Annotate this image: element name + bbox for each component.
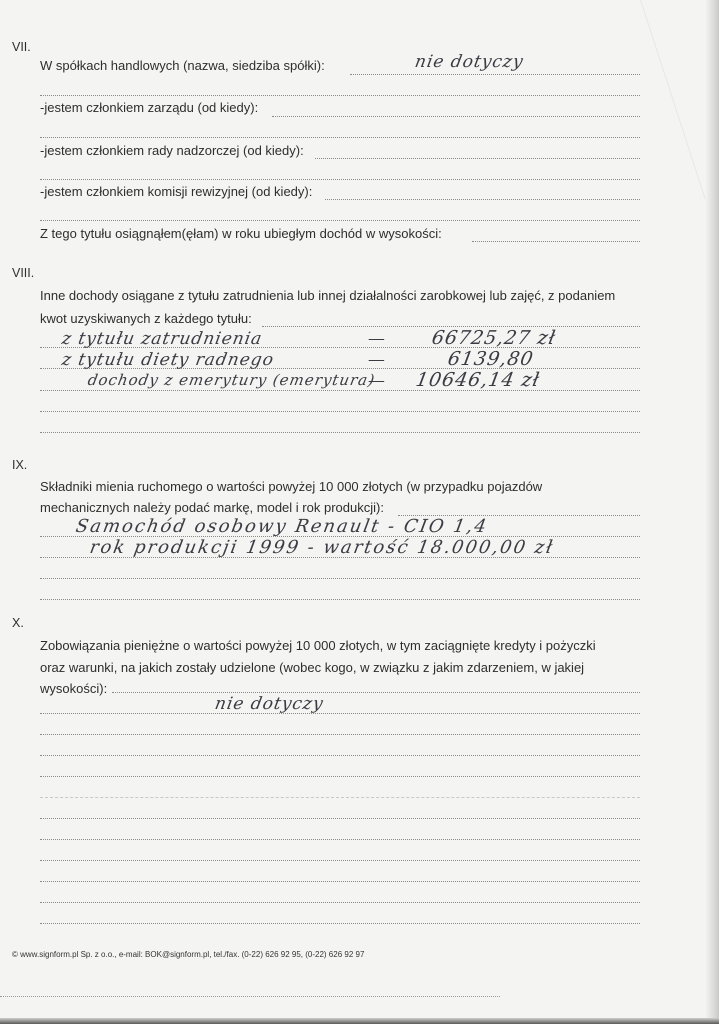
board-member-field-line2[interactable] — [40, 137, 640, 138]
companies-value: nie dotyczy — [413, 52, 525, 72]
liabilities-value: nie dotyczy — [213, 694, 325, 714]
section-vii-number: VII. — [12, 40, 31, 54]
movable-property-entry-2: rok produkcji 1999 - wartość 18.000,00 z… — [88, 537, 556, 558]
other-income-amount-1: 66725,27 zł — [430, 327, 558, 349]
other-income-dash-2: — — [366, 350, 388, 370]
other-income-dash-1: — — [366, 329, 388, 349]
footer-copyright: © www.signform.pl Sp. z o.o., e-mail: BO… — [12, 950, 364, 959]
movable-property-label-line1: Składniki mienia ruchomego o wartości po… — [40, 479, 542, 495]
movable-property-line-3[interactable] — [40, 578, 640, 579]
income-field[interactable] — [472, 241, 640, 242]
other-income-amount-3: 10646,14 zł — [414, 369, 542, 391]
liabilities-line-4[interactable] — [40, 776, 640, 777]
other-income-source-2: z tytułu diety radnego — [60, 350, 275, 370]
supervisory-board-label: -jestem członkiem rady nadzorczej (od ki… — [40, 143, 304, 159]
other-income-line-4[interactable] — [40, 411, 640, 412]
page-edge-shadow — [705, 0, 719, 1024]
other-income-label-line2: kwot uzyskiwanych z każdego tytułu: — [40, 311, 252, 327]
liabilities-line-8[interactable] — [40, 860, 640, 861]
liabilities-line-6[interactable] — [40, 818, 640, 819]
liabilities-line-1[interactable] — [40, 713, 640, 714]
liabilities-line-7[interactable] — [40, 839, 640, 840]
liabilities-label-line2: oraz warunki, na jakich zostały udzielon… — [40, 660, 584, 676]
liabilities-line-2[interactable] — [40, 734, 640, 735]
audit-committee-field-line2[interactable] — [40, 220, 640, 221]
supervisory-board-field-line2[interactable] — [40, 179, 640, 180]
liabilities-label-line1: Zobowiązania pieniężne o wartości powyże… — [40, 638, 596, 654]
companies-field-line2[interactable] — [40, 95, 640, 96]
liabilities-line-5[interactable] — [40, 797, 640, 798]
companies-label: W spółkach handlowych (nazwa, siedziba s… — [40, 58, 325, 74]
liabilities-line-11[interactable] — [40, 923, 640, 924]
section-x-number: X. — [12, 616, 24, 630]
board-member-field[interactable] — [272, 116, 640, 117]
other-income-dash-3: — — [366, 371, 388, 391]
liabilities-field[interactable] — [112, 692, 640, 693]
bottom-dotted-line — [0, 996, 500, 997]
other-income-line-5[interactable] — [40, 432, 640, 433]
section-viii-number: VIII. — [12, 266, 34, 280]
other-income-source-1: z tytułu zatrudnienia — [60, 329, 264, 349]
supervisory-board-field[interactable] — [315, 158, 640, 159]
other-income-source-3: dochody z emerytury (emerytura) — [86, 371, 376, 389]
other-income-line-3[interactable] — [40, 390, 640, 391]
movable-property-line-4[interactable] — [40, 599, 640, 600]
liabilities-line-9[interactable] — [40, 881, 640, 882]
movable-property-label-line2: mechanicznych należy podać markę, model … — [40, 500, 384, 516]
movable-property-entry-1: Samochód osobowy Renault - CIO 1,4 — [74, 516, 490, 537]
liabilities-line-3[interactable] — [40, 755, 640, 756]
paper-crease — [640, 0, 715, 228]
liabilities-line-10[interactable] — [40, 902, 640, 903]
companies-field[interactable] — [350, 74, 640, 75]
audit-committee-field[interactable] — [325, 199, 640, 200]
board-member-label: -jestem członkiem zarządu (od kiedy): — [40, 100, 258, 116]
other-income-amount-2: 6139,80 — [446, 348, 535, 370]
section-ix-number: IX. — [12, 458, 27, 472]
page-bottom-edge — [0, 1018, 719, 1024]
liabilities-label-line3: wysokości): — [40, 681, 107, 697]
other-income-label-line1: Inne dochody osiągane z tytułu zatrudnie… — [40, 288, 615, 304]
income-label: Z tego tytułu osiągnąłem(ęłam) w roku ub… — [40, 226, 442, 242]
audit-committee-label: -jestem członkiem komisji rewizyjnej (od… — [40, 184, 312, 200]
